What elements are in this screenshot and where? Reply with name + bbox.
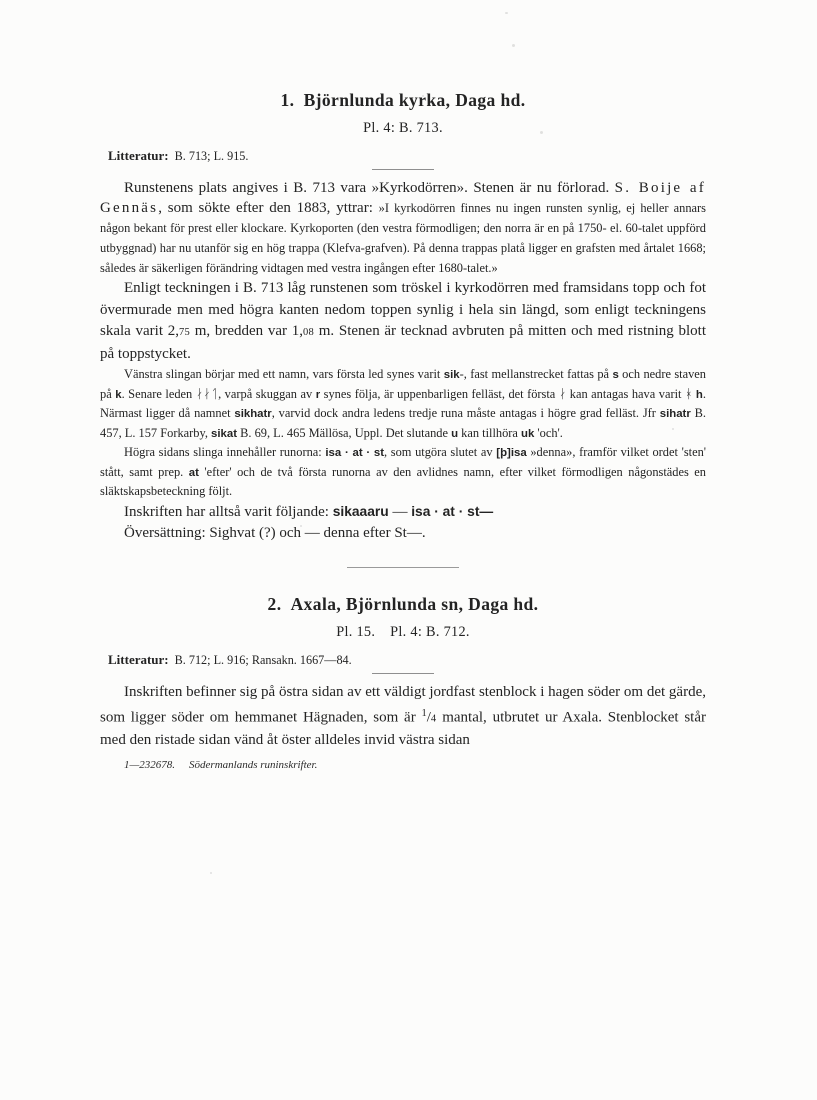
text-segment: Högra sidans slinga innehåller runorna: (124, 445, 325, 459)
text-segment: at (189, 467, 199, 479)
text-segment: 'och'. (534, 426, 563, 440)
text-segment: , som sökte efter den 1883, yttrar: (158, 200, 378, 216)
text-segment: Vänstra slingan börjar med ett namn, var… (124, 367, 444, 381)
text-segment: Översättning: Sighvat (?) och — denna ef… (124, 525, 426, 541)
text-segment: [þ]isa (496, 447, 526, 459)
paragraph: Enligt teckningen i B. 713 låg runstenen… (100, 278, 706, 365)
text-segment: kan tillhöra (458, 426, 521, 440)
text-segment: sikhatr (234, 408, 271, 420)
text-segment: m, bredden var 1, (190, 323, 303, 339)
section-divider (347, 567, 459, 568)
text-segment: Inskriften har alltså varit följande: (124, 504, 333, 520)
section-rule (372, 673, 434, 674)
text-segment: u (451, 428, 458, 440)
text-segment: , som utgöra slutet av (384, 445, 496, 459)
text-segment: uk (521, 428, 534, 440)
text-segment: sikaaaru (333, 504, 389, 519)
content-column: 1. Björnlunda kyrka, Daga hd. Pl. 4: B. … (100, 0, 706, 771)
text-segment: . Senare leden (122, 387, 196, 401)
text-segment: -, fast mellanstrecket fattas på (460, 367, 613, 381)
footnote-work-title: Södermanlands runinskrifter. (189, 759, 317, 771)
text-segment: kan antagas hava varit (566, 387, 685, 401)
litteratur-line: Litteratur:B. 713; L. 915. (100, 148, 706, 164)
text-segment: isa · at · st— (411, 504, 493, 519)
plate-reference: Pl. 4: B. 713. (100, 120, 706, 137)
paragraph: Vänstra slingan börjar med ett namn, var… (100, 365, 706, 443)
litteratur-refs: B. 712; L. 916; Ransakn. 1667—84. (175, 653, 352, 667)
text-segment: B. 69, L. 465 Mällösa, Uppl. Det slutand… (237, 426, 451, 440)
text-segment: isa · at · st (325, 447, 384, 459)
printers-footnote: 1—232678.Södermanlands runinskrifter. (100, 759, 706, 771)
litteratur-label: Litteratur: (108, 652, 169, 667)
footnote-number: 1—232678. (124, 759, 175, 771)
text-segment: ᛅᛅᛐ (196, 386, 218, 401)
plate-reference: Pl. 15. Pl. 4: B. 712. (100, 624, 706, 641)
text-segment: — (389, 504, 412, 520)
text-segment: sik (444, 369, 460, 381)
section-axala: 2. Axala, Björnlunda sn, Daga hd. Pl. 15… (100, 594, 706, 752)
paragraph: Inskriften befinner sig på östra sidan a… (100, 682, 706, 752)
paragraph-inscription: Inskriften har alltså varit följande: si… (100, 501, 706, 524)
text-segment: sikat (211, 428, 237, 440)
section-bjornlunda-kyrka: 1. Björnlunda kyrka, Daga hd. Pl. 4: B. … (100, 90, 706, 545)
scan-speck (210, 872, 212, 874)
text-segment: , varvid dock andra ledens tredje runa m… (272, 406, 660, 420)
section-title: 2. Axala, Björnlunda sn, Daga hd. (100, 594, 706, 614)
section-rule (372, 169, 434, 170)
text-segment: synes följa, är uppenbarligen felläst, d… (320, 387, 559, 401)
text-segment: Runstenens plats angives i B. 713 vara »… (124, 180, 615, 196)
text-segment: h (696, 389, 703, 401)
paragraph: Högra sidans slinga innehåller runorna: … (100, 443, 706, 501)
text-segment: 08 (303, 327, 314, 338)
section-title: 1. Björnlunda kyrka, Daga hd. (100, 90, 706, 110)
scanned-book-page: 1. Björnlunda kyrka, Daga hd. Pl. 4: B. … (0, 0, 817, 1100)
litteratur-line: Litteratur:B. 712; L. 916; Ransakn. 1667… (100, 652, 706, 668)
paragraph: Runstenens plats angives i B. 713 vara »… (100, 178, 706, 278)
paragraph-translation: Översättning: Sighvat (?) och — denna ef… (100, 523, 706, 545)
text-segment: , varpå skuggan av (218, 387, 316, 401)
litteratur-label: Litteratur: (108, 148, 169, 163)
litteratur-refs: B. 713; L. 915. (175, 149, 249, 163)
text-segment: sihatr (660, 408, 691, 420)
text-segment: 75 (179, 327, 190, 338)
